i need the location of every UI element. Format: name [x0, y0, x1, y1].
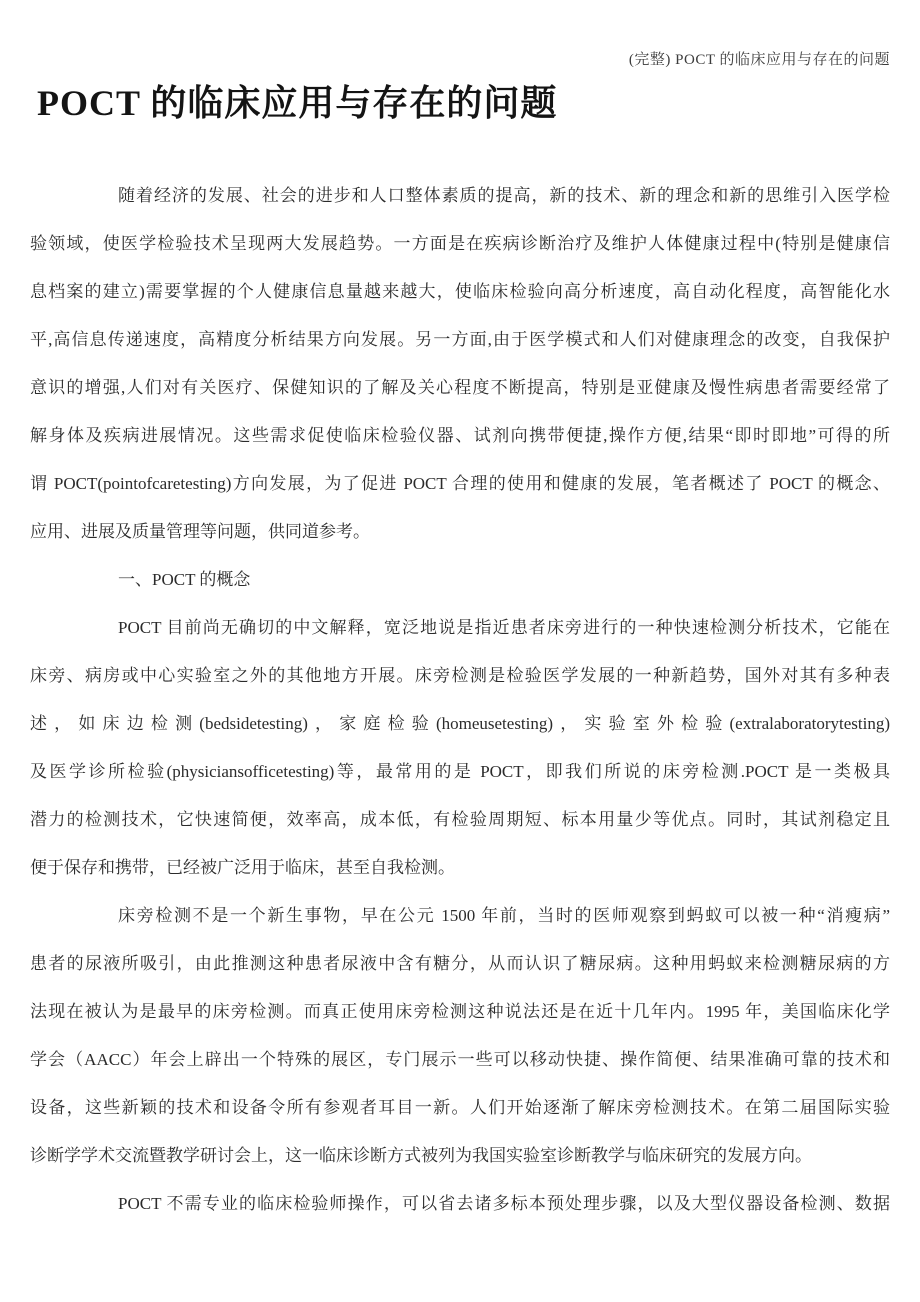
text-line: 及医学诊所检验(physiciansofficetesting)等，最常用的是 … [30, 748, 890, 796]
section-heading-1: 一、POCT 的概念 [30, 556, 890, 604]
text-line: 谓 POCT(pointofcaretesting)方向发展，为了促进 POCT… [30, 460, 890, 508]
text-line: 床旁、病房或中心实验室之外的其他地方开展。床旁检测是检验医学发展的一种新趋势，国… [30, 652, 890, 700]
paragraph-2: POCT 目前尚无确切的中文解释，宽泛地说是指近患者床旁进行的一种快速检测分析技… [30, 604, 890, 892]
text-line: 验领域，使医学检验技术呈现两大发展趋势。一方面是在疾病诊断治疗及维护人体健康过程… [30, 220, 890, 268]
text-line: 诊断学学术交流暨教学研讨会上，这一临床诊断方式被列为我国实验室诊断教学与临床研究… [30, 1132, 890, 1180]
section-heading-line: 一、POCT 的概念 [30, 556, 890, 604]
text-line: 便于保存和携带，已经被广泛用于临床，甚至自我检测。 [30, 844, 890, 892]
text-line: 学会（AACC）年会上辟出一个特殊的展区，专门展示一些可以移动快捷、操作简便、结… [30, 1036, 890, 1084]
paragraph-4: POCT 不需专业的临床检验师操作，可以省去诸多标本预处理步骤，以及大型仪器设备… [30, 1180, 890, 1228]
text-line: 息档案的建立)需要掌握的个人健康信息量越来越大，使临床检验向高分析速度，高自动化… [30, 268, 890, 316]
text-line: 床旁检测不是一个新生事物，早在公元 1500 年前，当时的医师观察到蚂蚁可以被一… [30, 892, 890, 940]
text-line: POCT 不需专业的临床检验师操作，可以省去诸多标本预处理步骤，以及大型仪器设备… [30, 1180, 890, 1228]
text-line: 解身体及疾病进展情况。这些需求促使临床检验仪器、试剂向携带便捷,操作方便,结果“… [30, 412, 890, 460]
text-line: 应用、进展及质量管理等问题，供同道参考。 [30, 508, 890, 556]
document-title: POCT 的临床应用与存在的问题 [37, 82, 557, 125]
text-line: 法现在被认为是最早的床旁检测。而真正使用床旁检测这种说法还是在近十几年内。199… [30, 988, 890, 1036]
text-line: POCT 目前尚无确切的中文解释，宽泛地说是指近患者床旁进行的一种快速检测分析技… [30, 604, 890, 652]
text-line: 随着经济的发展、社会的进步和人口整体素质的提高，新的技术、新的理念和新的思维引入… [30, 172, 890, 220]
text-line: 平,高信息传递速度，高精度分析结果方向发展。另一方面,由于医学模式和人们对健康理… [30, 316, 890, 364]
text-line: 述，如床边检测(bedsidetesting)，家庭检验(homeusetest… [30, 700, 890, 748]
document-page: (完整) POCT 的临床应用与存在的问题 POCT 的临床应用与存在的问题 随… [0, 0, 920, 1302]
paragraph-3: 床旁检测不是一个新生事物，早在公元 1500 年前，当时的医师观察到蚂蚁可以被一… [30, 892, 890, 1180]
text-line: 患者的尿液所吸引，由此推测这种患者尿液中含有糖分，从而认识了糖尿病。这种用蚂蚁来… [30, 940, 890, 988]
text-line: 潜力的检测技术，它快速简便，效率高，成本低，有检验周期短、标本用量少等优点。同时… [30, 796, 890, 844]
document-body: 随着经济的发展、社会的进步和人口整体素质的提高，新的技术、新的理念和新的思维引入… [30, 172, 890, 1228]
page-header-text: (完整) POCT 的临床应用与存在的问题 [629, 48, 890, 69]
text-line: 设备，这些新颖的技术和设备令所有参观者耳目一新。人们开始逐渐了解床旁检测技术。在… [30, 1084, 890, 1132]
text-line: 意识的增强,人们对有关医疗、保健知识的了解及关心程度不断提高，特别是亚健康及慢性… [30, 364, 890, 412]
paragraph-1: 随着经济的发展、社会的进步和人口整体素质的提高，新的技术、新的理念和新的思维引入… [30, 172, 890, 556]
